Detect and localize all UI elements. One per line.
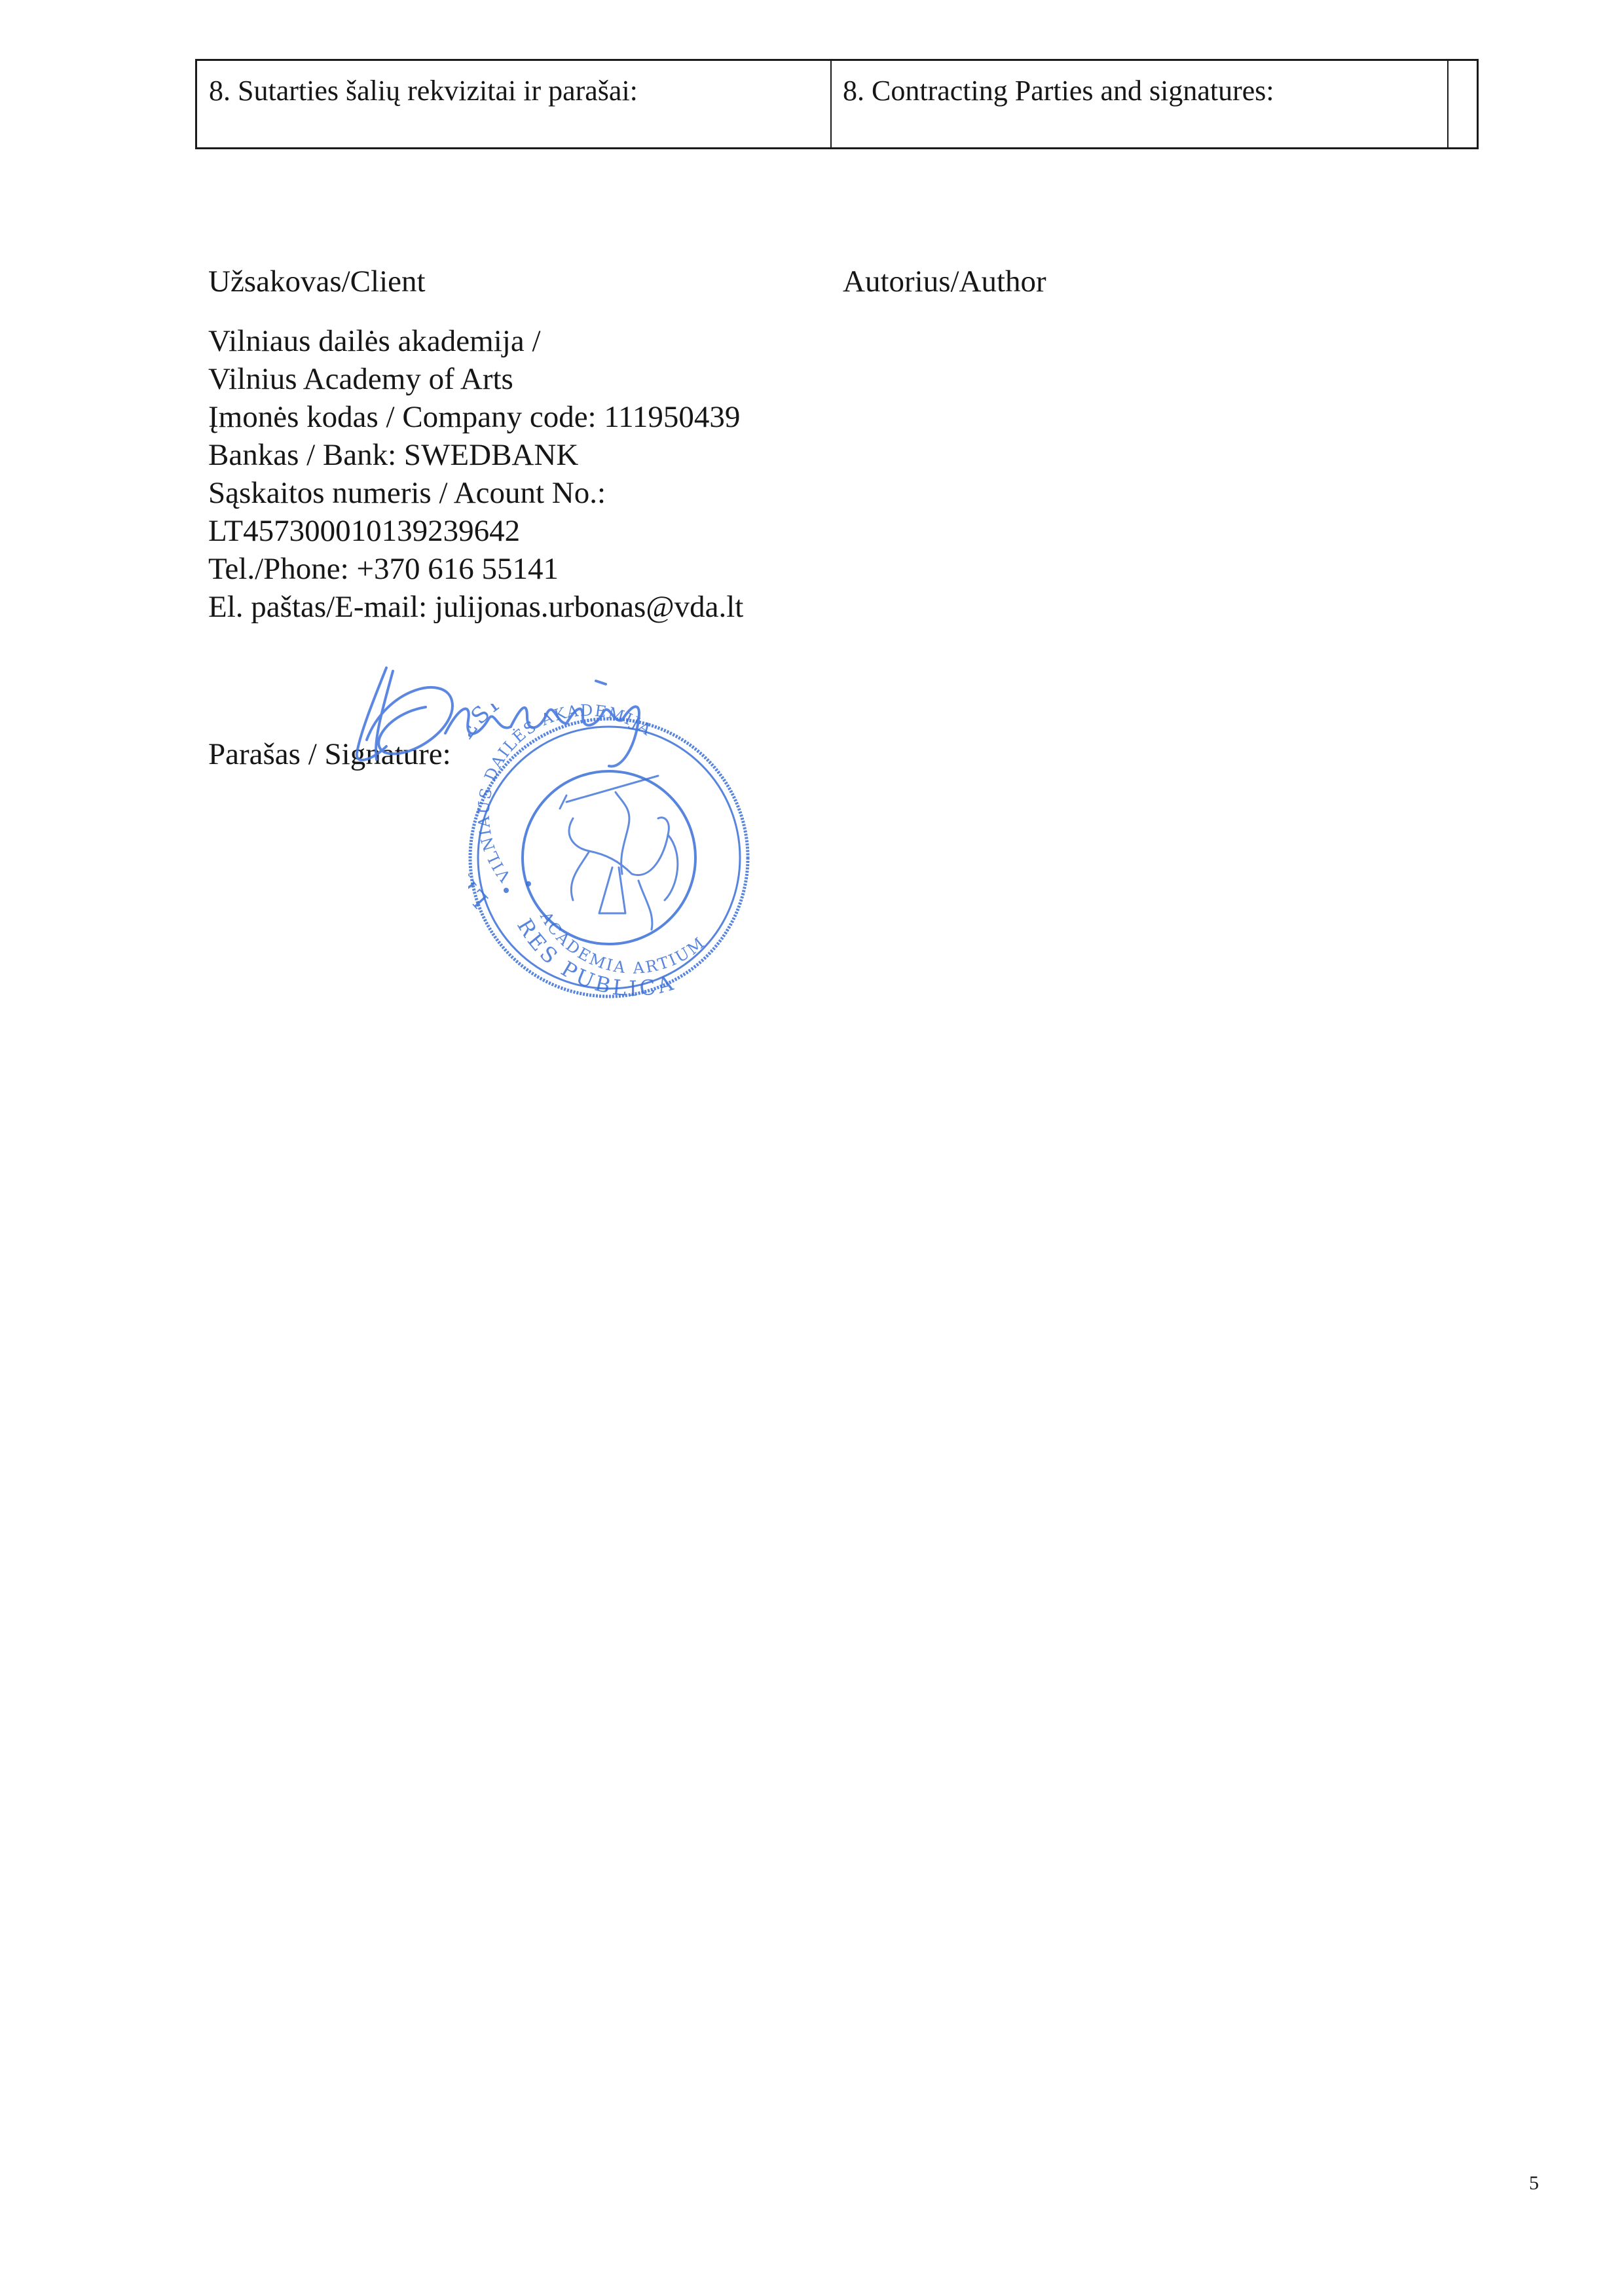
client-heading: Užsakovas/Client — [208, 264, 426, 299]
author-heading: Autorius/Author — [843, 264, 1046, 299]
client-details: Vilniaus dailės akademija / Vilnius Acad… — [208, 322, 743, 626]
table-column-divider — [830, 61, 832, 147]
client-name-lt: Vilniaus dailės akademija / — [208, 322, 743, 360]
handwritten-signature-icon — [347, 661, 688, 773]
table-narrow-column-divider — [1447, 61, 1449, 147]
header-right-en: 8. Contracting Parties and signatures: — [843, 74, 1274, 107]
section-header-table: 8. Sutarties šalių rekvizitai ir parašai… — [195, 59, 1479, 149]
page-number: 5 — [1529, 2172, 1539, 2195]
client-account-number: LT457300010139239642 — [208, 512, 743, 550]
client-email: El. paštas/E-mail: julijonas.urbonas@vda… — [208, 588, 743, 626]
client-phone: Tel./Phone: +370 616 55141 — [208, 550, 743, 588]
header-left-lt: 8. Sutarties šalių rekvizitai ir parašai… — [209, 74, 638, 107]
client-name-en: Vilnius Academy of Arts — [208, 360, 743, 398]
client-bank: Bankas / Bank: SWEDBANK — [208, 436, 743, 474]
client-company-code: Įmonės kodas / Company code: 111950439 — [208, 398, 743, 436]
client-account-label: Sąskaitos numeris / Acount No.: — [208, 474, 743, 512]
